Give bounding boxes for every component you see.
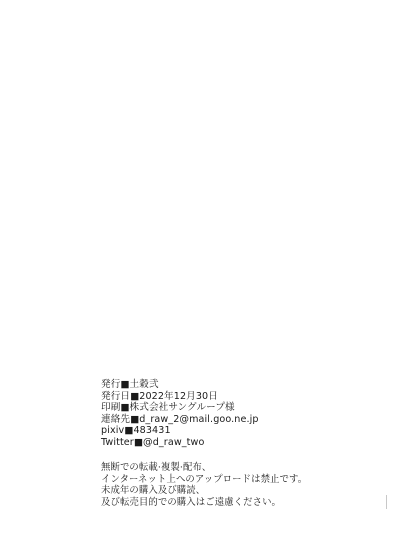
notice-line: 無断での転載·複製·配布、 (101, 462, 307, 474)
printer-line: 印刷■株式会社サングループ様 (101, 402, 259, 414)
notice-line: インターネット上へのアップロードは禁止です。 (101, 474, 307, 486)
page-edge-mark (386, 495, 387, 509)
copyright-notice: 無断での転載·複製·配布、 インターネット上へのアップロードは禁止です。 未成年… (101, 462, 307, 508)
notice-line: 及び転売目的での購入はご遠慮ください。 (101, 497, 307, 509)
twitter-line: Twitter■@d_raw_two (101, 437, 259, 449)
colophon-block: 発行■土穀弐 発行日■2022年12月30日 印刷■株式会社サングループ様 連絡… (101, 379, 259, 448)
pixiv-line: pixiv■483431 (101, 425, 259, 437)
publisher-line: 発行■土穀弐 (101, 379, 259, 391)
notice-line: 未成年の購入及び購読、 (101, 485, 307, 497)
contact-line: 連絡先■d_raw_2@mail.goo.ne.jp (101, 414, 259, 426)
publish-date-line: 発行日■2022年12月30日 (101, 391, 259, 403)
